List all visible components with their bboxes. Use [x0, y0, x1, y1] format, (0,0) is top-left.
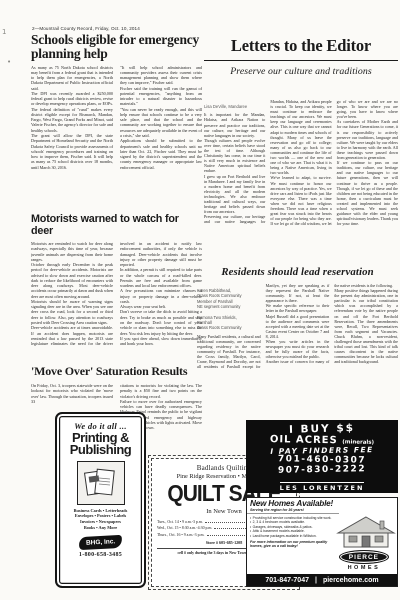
letter1-byline: Lisa DeVille, Mandaree — [204, 104, 265, 109]
deer-headline: Motorists warned to watch for deer — [31, 213, 202, 237]
homes-contact-bar: 701-847-7047|piercehome.com — [247, 574, 397, 586]
schools-body: As many as 75 North Dakota school distri… — [31, 65, 202, 225]
letter1-signatures: Karen Rabbithead, Grass Roots Community … — [197, 288, 261, 331]
article-deer: Motorists warned to watch for deer Motor… — [31, 213, 202, 383]
homes-phone: 701-847-7047 — [265, 577, 309, 584]
deer-body: Motorists are reminded to watch for deer… — [31, 241, 202, 383]
ad-pierce-homes[interactable]: New Homes Available! Serving the region … — [246, 497, 398, 587]
printing-services-list: Business Cards • Letterheads Envelopes •… — [57, 508, 144, 531]
letters-section-header: Letters to the Editor Preserve our cultu… — [204, 36, 398, 77]
homes-bullet: •Land/home packages available in Willist… — [250, 534, 333, 538]
letter2-title: Residents should lead reservation — [197, 266, 398, 278]
newspaper-page: 1 • 2—Mountrail County Record, Friday, O… — [0, 0, 400, 600]
oil-name: LES LORENTZEN — [280, 482, 365, 492]
letter2-body: Karen Rabbithead, Grass Roots Community … — [197, 283, 398, 414]
margin-mark: • — [7, 58, 11, 66]
homes-heading: New Homes Available! — [247, 498, 397, 508]
letter1-text: It is important for the Mandan, Hidatsa,… — [204, 99, 398, 226]
schools-headline: Schools eligible for emergency planning … — [31, 33, 202, 61]
ad-oil-acres[interactable]: I BUY $$ OIL ACRES (minerals) I PAY FIND… — [246, 420, 398, 493]
homes-website: piercehome.com — [323, 577, 379, 584]
bhg-logo: BHG, Inc. — [79, 535, 123, 550]
house-illustration — [336, 515, 396, 551]
masthead-folio: 2—Mountrail County Record, Friday, Oct. … — [32, 26, 140, 31]
stacked-papers-icon — [82, 466, 120, 500]
article-schools: Schools eligible for emergency planning … — [31, 33, 202, 225]
ad-printing-publishing[interactable]: We do it all ... Printing &Publishing Bu… — [55, 412, 146, 588]
letter1-body: Lisa DeVille, MandareeIt is important fo… — [204, 99, 398, 265]
move-over-headline: 'Move Over' Saturation Results — [31, 364, 202, 379]
pierce-homes-logo: PIERCE HOMES — [339, 550, 389, 571]
oil-phone-2: 907-830-2222 — [246, 464, 398, 477]
letter1-title: Preserve our culture and traditions — [204, 66, 398, 77]
printing-phone: 1-800-658-3485 — [57, 552, 144, 558]
homes-cta: For more information on our premium qual… — [250, 540, 333, 549]
printing-title: Printing &Publishing — [57, 432, 144, 457]
letters-section-title: Letters to the Editor — [204, 36, 398, 61]
print-products-image — [77, 461, 125, 505]
margin-mark: 1 — [2, 28, 6, 36]
